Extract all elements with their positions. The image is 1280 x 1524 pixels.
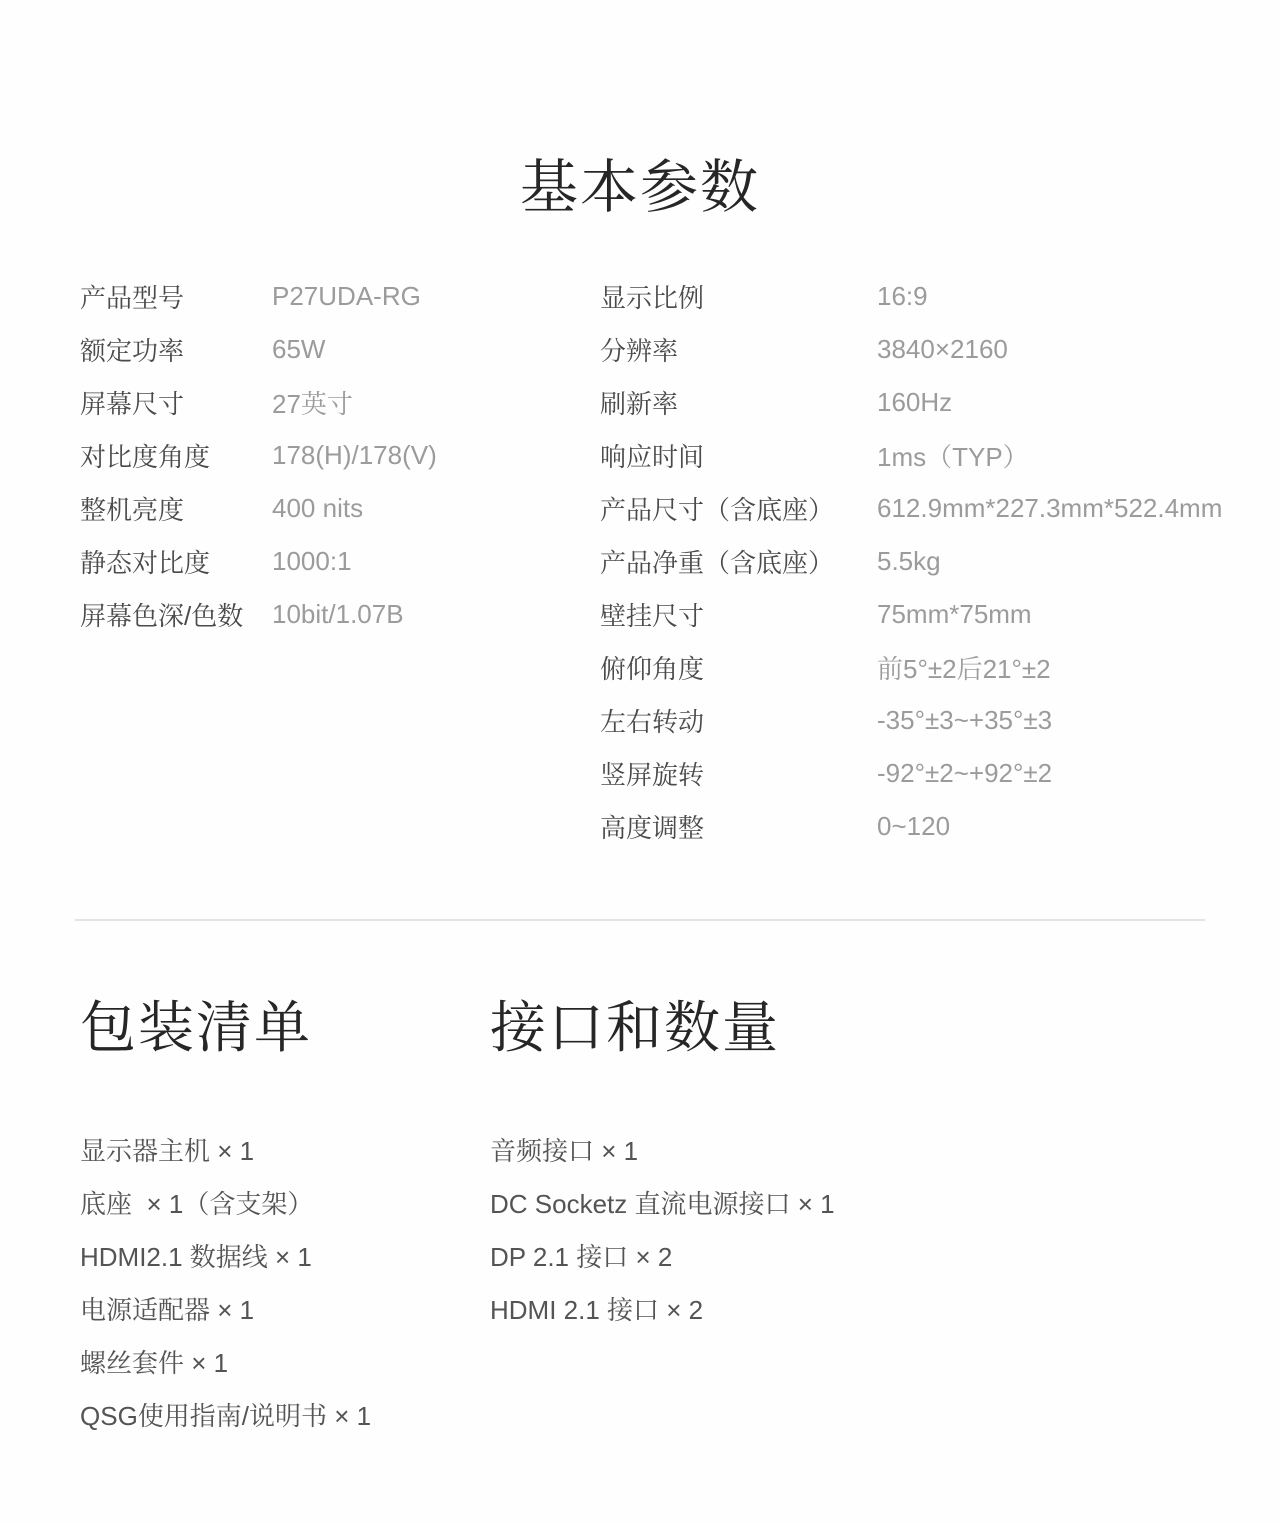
spec-label: 竖屏旋转 — [600, 755, 877, 792]
spec-value: -92°±2~+92°±2 — [877, 758, 1052, 789]
spec-label: 额定功率 — [80, 331, 272, 368]
ports-title: 接口和数量 — [490, 993, 780, 1063]
spec-value: 178(H)/178(V) — [272, 440, 437, 471]
spec-row: 整机亮度 400 nits — [80, 482, 585, 535]
ports-list: 音频接口 × 1 DC Socketz 直流电源接口 × 1 DP 2.1 接口… — [490, 1125, 1010, 1337]
spec-label: 整机亮度 — [80, 490, 272, 527]
spec-value: 16:9 — [877, 281, 928, 312]
spec-row: 产品尺寸（含底座） 612.9mm*227.3mm*522.4mm — [600, 482, 1260, 535]
spec-label: 静态对比度 — [80, 543, 272, 580]
spec-row: 分辨率 3840×2160 — [600, 323, 1260, 376]
spec-label: 屏幕尺寸 — [80, 384, 272, 421]
spec-column-left: 产品型号 P27UDA-RG 额定功率 65W 屏幕尺寸 27英寸 对比度角度 … — [80, 270, 585, 641]
ports-list-item: DP 2.1 接口 × 2 — [490, 1231, 1010, 1284]
spec-label: 产品型号 — [80, 278, 272, 315]
spec-value: 1ms（TYP） — [877, 437, 1029, 474]
spec-row: 壁挂尺寸 75mm*75mm — [600, 588, 1260, 641]
packing-list-title: 包装清单 — [80, 993, 312, 1063]
spec-row: 对比度角度 178(H)/178(V) — [80, 429, 585, 482]
ports-list-item: 音频接口 × 1 — [490, 1125, 1010, 1178]
spec-label: 左右转动 — [600, 702, 877, 739]
spec-label: 响应时间 — [600, 437, 877, 474]
spec-row: 静态对比度 1000:1 — [80, 535, 585, 588]
spec-value: 0~120 — [877, 811, 950, 842]
packing-list-item: 显示器主机 × 1 — [80, 1125, 480, 1178]
spec-row: 俯仰角度 前5°±2后21°±2 — [600, 641, 1260, 694]
spec-value: 5.5kg — [877, 546, 941, 577]
spec-label: 屏幕色深/色数 — [80, 596, 272, 633]
spec-value: 前5°±2后21°±2 — [877, 649, 1051, 686]
packing-list-item: HDMI2.1 数据线 × 1 — [80, 1231, 480, 1284]
spec-value: 10bit/1.07B — [272, 599, 404, 630]
spec-value: 65W — [272, 334, 325, 365]
ports-list-item: DC Socketz 直流电源接口 × 1 — [490, 1178, 1010, 1231]
ports-list-item: HDMI 2.1 接口 × 2 — [490, 1284, 1010, 1337]
packing-list-item: QSG使用指南/说明书 × 1 — [80, 1390, 480, 1443]
spec-row: 屏幕尺寸 27英寸 — [80, 376, 585, 429]
spec-column-right: 显示比例 16:9 分辨率 3840×2160 刷新率 160Hz 响应时间 1… — [600, 270, 1260, 853]
spec-value: 3840×2160 — [877, 334, 1008, 365]
packing-list-item: 螺丝套件 × 1 — [80, 1337, 480, 1390]
packing-list-item: 电源适配器 × 1 — [80, 1284, 480, 1337]
spec-value: 612.9mm*227.3mm*522.4mm — [877, 493, 1222, 524]
product-spec-page: 基本参数 产品型号 P27UDA-RG 额定功率 65W 屏幕尺寸 27英寸 对… — [0, 0, 1280, 1524]
packing-list: 显示器主机 × 1 底座 × 1（含支架） HDMI2.1 数据线 × 1 电源… — [80, 1125, 480, 1443]
spec-row: 高度调整 0~120 — [600, 800, 1260, 853]
spec-label: 产品净重（含底座） — [600, 543, 877, 580]
spec-value: 27英寸 — [272, 384, 353, 421]
spec-row: 显示比例 16:9 — [600, 270, 1260, 323]
spec-value: 400 nits — [272, 493, 363, 524]
spec-value: 75mm*75mm — [877, 599, 1032, 630]
spec-row: 产品型号 P27UDA-RG — [80, 270, 585, 323]
spec-row: 竖屏旋转 -92°±2~+92°±2 — [600, 747, 1260, 800]
spec-row: 左右转动 -35°±3~+35°±3 — [600, 694, 1260, 747]
spec-label: 显示比例 — [600, 278, 877, 315]
spec-value: 160Hz — [877, 387, 952, 418]
spec-label: 产品尺寸（含底座） — [600, 490, 877, 527]
spec-label: 刷新率 — [600, 384, 877, 421]
spec-row: 刷新率 160Hz — [600, 376, 1260, 429]
spec-label: 对比度角度 — [80, 437, 272, 474]
spec-label: 俯仰角度 — [600, 649, 877, 686]
spec-row: 额定功率 65W — [80, 323, 585, 376]
basic-specs-title: 基本参数 — [0, 152, 1280, 225]
spec-value: 1000:1 — [272, 546, 352, 577]
section-divider — [75, 919, 1205, 921]
spec-value: -35°±3~+35°±3 — [877, 705, 1052, 736]
spec-row: 屏幕色深/色数 10bit/1.07B — [80, 588, 585, 641]
spec-label: 壁挂尺寸 — [600, 596, 877, 633]
spec-row: 响应时间 1ms（TYP） — [600, 429, 1260, 482]
packing-list-item: 底座 × 1（含支架） — [80, 1178, 480, 1231]
spec-label: 分辨率 — [600, 331, 877, 368]
spec-label: 高度调整 — [600, 808, 877, 845]
spec-row: 产品净重（含底座） 5.5kg — [600, 535, 1260, 588]
spec-value: P27UDA-RG — [272, 281, 421, 312]
